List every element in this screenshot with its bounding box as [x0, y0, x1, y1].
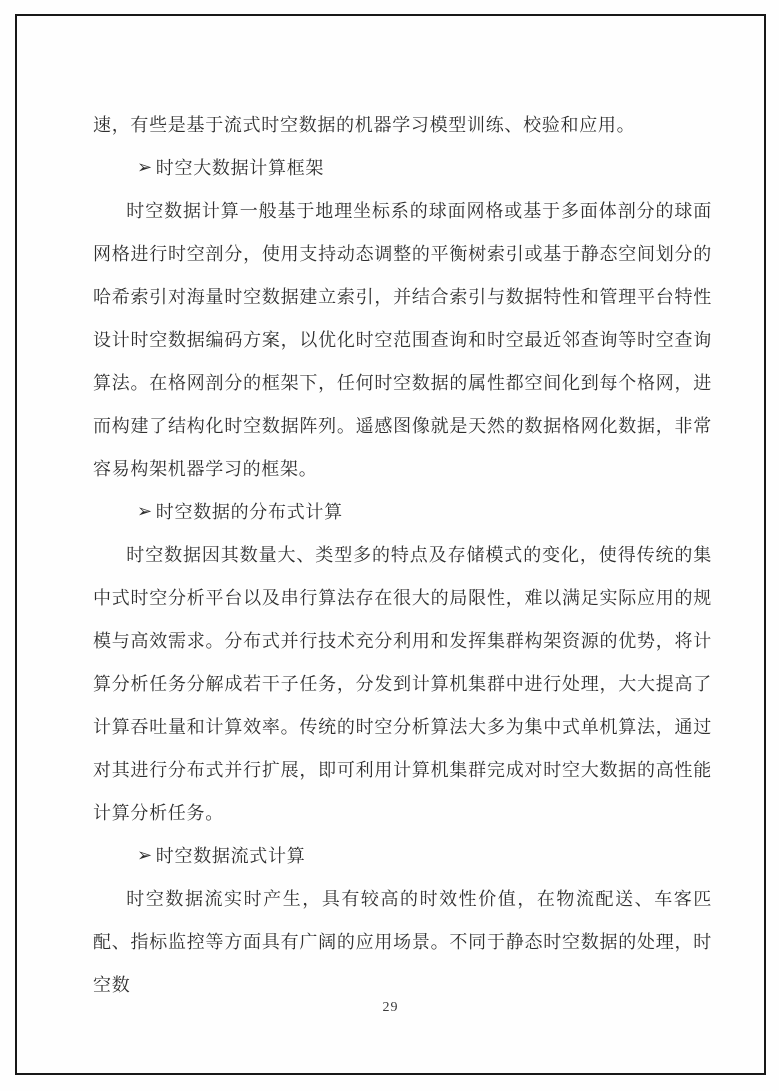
- paragraph: 时空数据因其数量大、类型多的特点及存储模式的变化，使得传统的集中式时空分析平台以…: [93, 534, 712, 835]
- arrow-bullet-icon: ➢: [137, 834, 153, 877]
- arrow-bullet-icon: ➢: [137, 490, 153, 533]
- text-column: 速，有些是基于流式时空数据的机器学习模型训练、校验和应用。➢时空大数据计算框架时…: [93, 104, 712, 1007]
- page-border: 速，有些是基于流式时空数据的机器学习模型训练、校验和应用。➢时空大数据计算框架时…: [15, 14, 766, 1075]
- paragraph: 时空数据计算一般基于地理坐标系的球面网格或基于多面体剖分的球面网格进行时空剖分，…: [93, 190, 712, 491]
- bullet-heading: ➢时空数据的分布式计算: [93, 491, 712, 534]
- paragraph: 时空数据流实时产生，具有较高的时效性价值，在物流配送、车客匹配、指标监控等方面具…: [93, 878, 712, 1007]
- paragraph: 速，有些是基于流式时空数据的机器学习模型训练、校验和应用。: [93, 104, 712, 147]
- bullet-heading-label: 时空大数据计算框架: [156, 158, 324, 178]
- bullet-heading: ➢时空数据流式计算: [93, 835, 712, 878]
- bullet-heading-label: 时空数据流式计算: [156, 846, 306, 866]
- arrow-bullet-icon: ➢: [137, 146, 153, 189]
- document-page: 速，有些是基于流式时空数据的机器学习模型训练、校验和应用。➢时空大数据计算框架时…: [0, 0, 779, 1091]
- page-number: 29: [17, 1000, 764, 1016]
- bullet-heading-label: 时空数据的分布式计算: [156, 502, 343, 522]
- bullet-heading: ➢时空大数据计算框架: [93, 147, 712, 190]
